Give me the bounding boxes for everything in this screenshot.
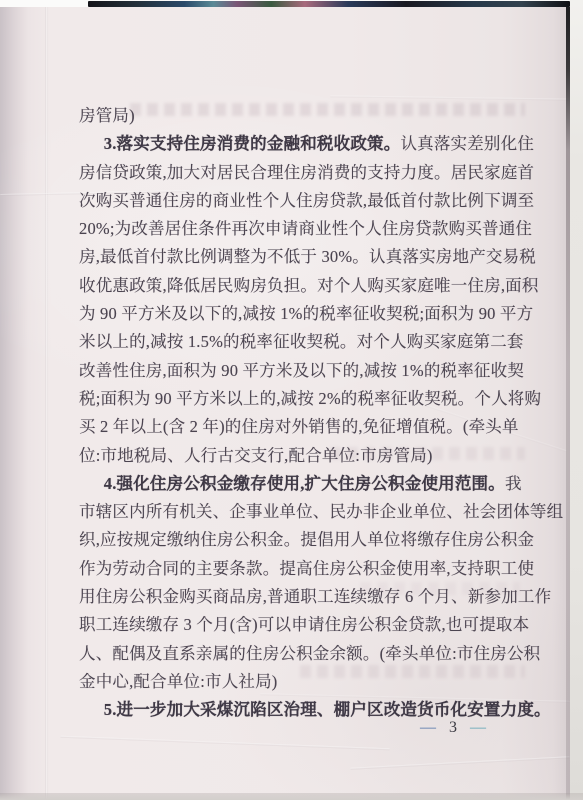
body-text: 次购买普通住房的商业性个人住房贷款,最低首付款比例下调至: [79, 191, 534, 210]
text-line: 位:市地税局、人行古交支行,配合单位:市房管局): [79, 442, 551, 470]
document-page: 房管局)3.落实支持住房消费的金融和税收政策。认真落实差别化住房信贷政策,加大对…: [0, 7, 570, 800]
text-line: 改善性住房,面积为 90 平方米及以下的,减按 1%的税率征收契: [79, 357, 551, 385]
body-text: 人、配偶及直系亲属的住房公积金余额。(牵头单位:市住房公积: [79, 644, 540, 663]
text-line: 织,应按规定缴纳住房公积金。提倡用人单位将缴存住房公积金: [79, 526, 551, 554]
body-text: 税;面积为 90 平方米以上的,减按 2%的税率征收契税。个人将购: [79, 389, 541, 408]
text-line: 收优惠政策,降低居民购房负担。对个人购买家庭唯一住房,面积: [79, 272, 551, 300]
body-text: 我: [505, 474, 522, 493]
body-text: 为 90 平方米及以下的,减按 1%的税率征收契税;面积为 90 平方: [79, 304, 533, 323]
paper-crease: [330, 95, 570, 100]
text-line: 为 90 平方米及以下的,减按 1%的税率征收契税;面积为 90 平方: [79, 300, 551, 328]
text-line: 20%;为改善居住条件再次申请商业性个人住房贷款购买普通住: [79, 215, 551, 243]
body-text: 作为劳动合同的主要条款。提高住房公积金使用率,支持职工使: [79, 559, 534, 578]
body-text: 认真落实差别化住: [400, 134, 534, 153]
text-line: 4.强化住房公积金缴存使用,扩大住房公积金使用范围。我: [79, 470, 551, 498]
text-line: 房,最低首付款比例调整为不低于 30%。认真落实房地产交易税: [79, 243, 551, 271]
body-text: 用住房公积金购买商品房,普通职工连续缴存 6 个月、新参加工作: [79, 587, 551, 606]
text-line: 米以上的,减按 1.5%的税率征收契税。对个人购买家庭第二套: [79, 328, 551, 356]
text-line: 3.落实支持住房消费的金融和税收政策。认真落实差别化住: [79, 130, 551, 158]
page-number: —3—: [420, 719, 487, 737]
text-line: 税;面积为 90 平方米以上的,减按 2%的税率征收契税。个人将购: [79, 385, 551, 413]
page-number-dash-right: —: [470, 719, 487, 736]
page-number-dash-left: —: [420, 719, 437, 736]
text-line: 金中心,配合单位:市人社局): [79, 668, 551, 696]
page-right-edge-shadow: [566, 7, 570, 800]
body-text: 职工连续缴存 3 个月(含)可以申请住房公积金贷款,也可提取本: [79, 615, 529, 634]
page-number-value: 3: [449, 719, 458, 736]
body-text: 买 2 年以上(含 2 年)的住房对外销售的,免征增值税。(牵头单: [79, 417, 519, 436]
body-text: 房管局): [79, 106, 135, 125]
scanned-document: 房管局)3.落实支持住房消费的金融和税收政策。认真落实差别化住房信贷政策,加大对…: [0, 0, 583, 800]
text-line: 人、配偶及直系亲属的住房公积金余额。(牵头单位:市住房公积: [79, 640, 551, 668]
paper-crease: [60, 736, 390, 751]
body-text: 市辖区内所有机关、企事业单位、民办非企业单位、社会团体等组: [79, 502, 563, 521]
text-line: 次购买普通住房的商业性个人住房贷款,最低首付款比例下调至: [79, 187, 551, 215]
document-text: 房管局)3.落实支持住房消费的金融和税收政策。认真落实差别化住房信贷政策,加大对…: [79, 102, 551, 725]
text-line: 市辖区内所有机关、企事业单位、民办非企业单位、社会团体等组: [79, 498, 551, 526]
scanner-bed-strip: [570, 0, 583, 800]
scan-bottom-edge: [0, 793, 583, 800]
body-text: 米以上的,减按 1.5%的税率征收契税。对个人购买家庭第二套: [79, 332, 524, 351]
bold-heading-text: 5.进一步加大采煤沉陷区治理、棚户区改造货币化安置力度。: [104, 700, 551, 719]
page-fold-crease: [45, 7, 48, 800]
body-text: 位:市地税局、人行古交支行,配合单位:市房管局): [79, 446, 433, 465]
text-line: 用住房公积金购买商品房,普通职工连续缴存 6 个月、新参加工作: [79, 583, 551, 611]
text-line: 房信贷政策,加大对居民合理住房消费的支持力度。居民家庭首: [79, 159, 551, 187]
body-text: 房信贷政策,加大对居民合理住房消费的支持力度。居民家庭首: [79, 163, 534, 182]
bold-heading-text: 4.强化住房公积金缴存使用,扩大住房公积金使用范围。: [104, 474, 505, 493]
text-line: 买 2 年以上(含 2 年)的住房对外销售的,免征增值税。(牵头单: [79, 413, 551, 441]
text-line: 作为劳动合同的主要条款。提高住房公积金使用率,支持职工使: [79, 555, 551, 583]
body-text: 房,最低首付款比例调整为不低于 30%。认真落实房地产交易税: [79, 247, 536, 266]
body-text: 20%;为改善居住条件再次申请商业性个人住房贷款购买普通住: [79, 219, 532, 238]
bold-heading-text: 3.落实支持住房消费的金融和税收政策。: [104, 134, 401, 153]
paper-crease: [350, 756, 570, 770]
text-line: 职工连续缴存 3 个月(含)可以申请住房公积金贷款,也可提取本: [79, 611, 551, 639]
body-text: 收优惠政策,降低居民购房负担。对个人购买家庭唯一住房,面积: [79, 276, 539, 295]
body-text: 改善性住房,面积为 90 平方米及以下的,减按 1%的税率征收契: [79, 361, 524, 380]
text-line: 房管局): [79, 102, 551, 130]
body-text: 金中心,配合单位:市人社局): [79, 672, 278, 691]
body-text: 织,应按规定缴纳住房公积金。提倡用人单位将缴存住房公积金: [79, 530, 534, 549]
